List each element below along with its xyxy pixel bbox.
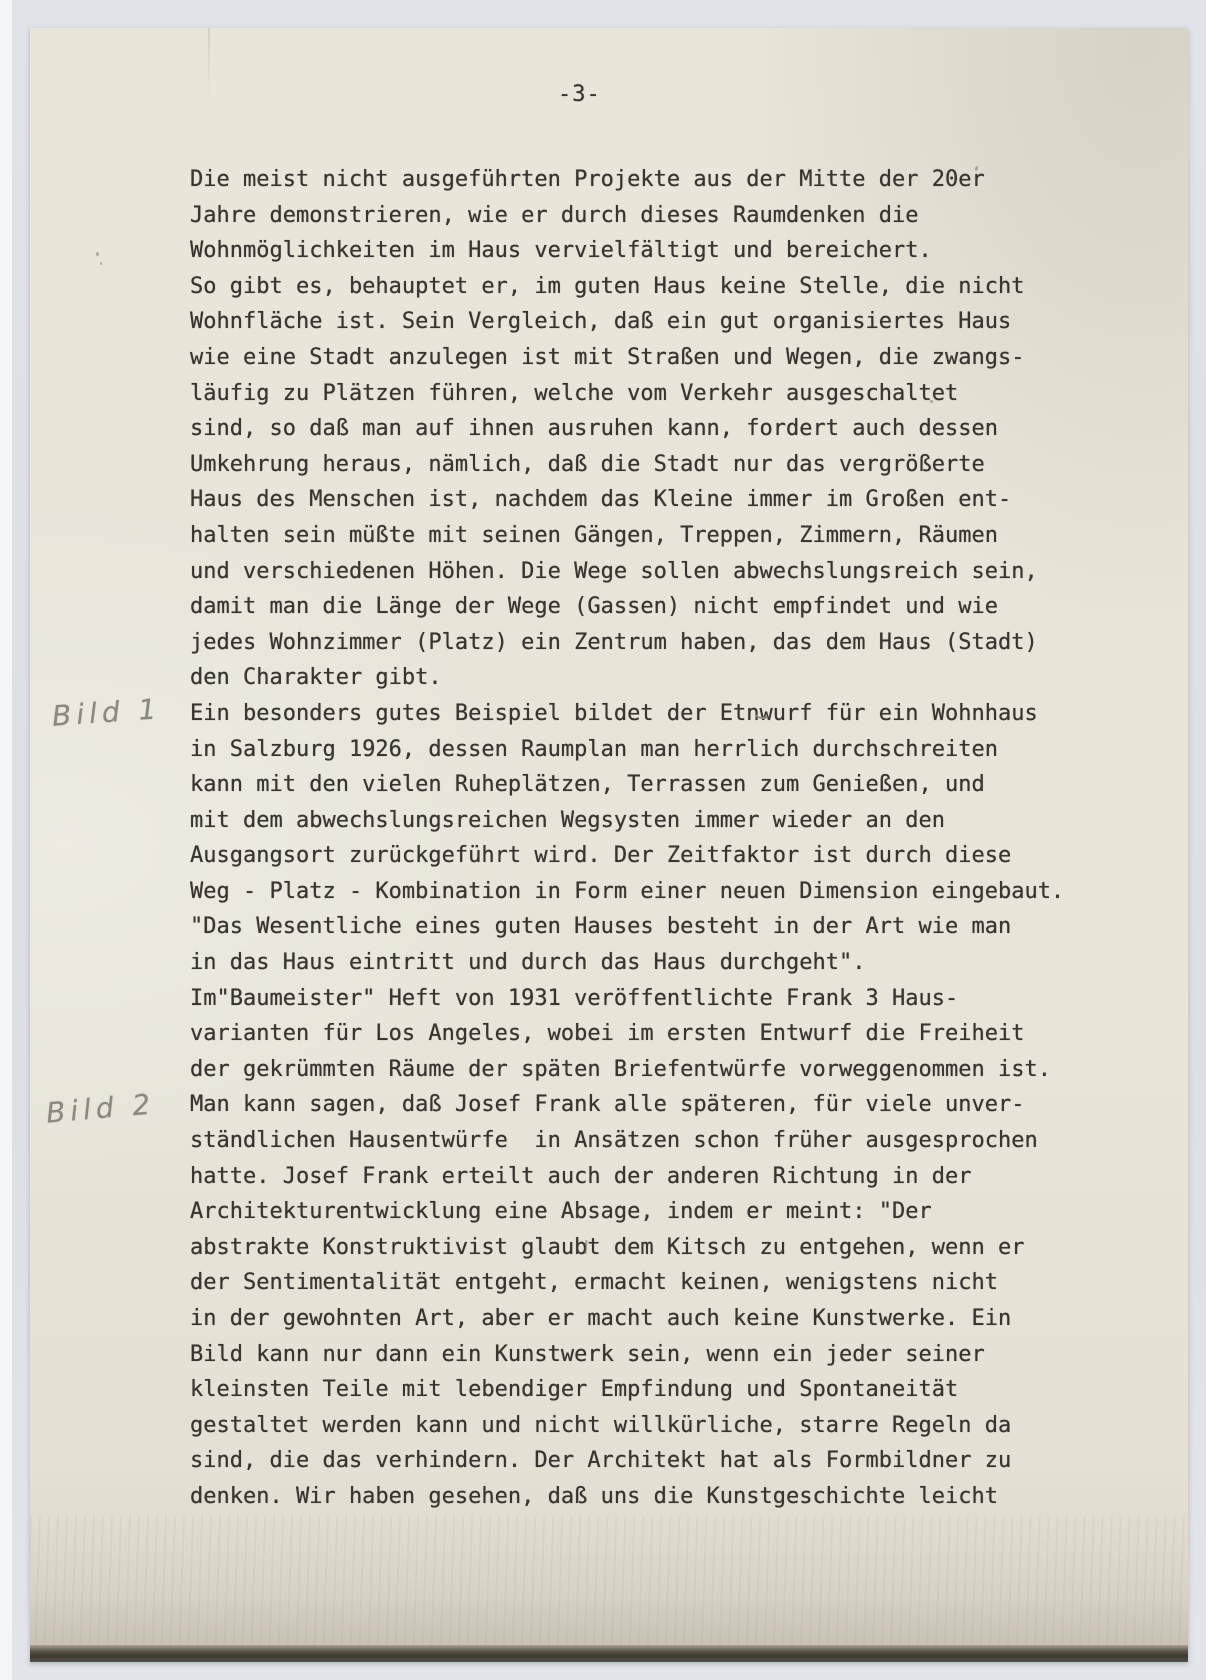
text-line: Umkehrung heraus, nämlich, daß die Stadt…	[190, 447, 1130, 483]
text-line: varianten für Los Angeles, wobei im erst…	[190, 1016, 1130, 1052]
text-line: ständlichen Hausentwürfe in Ansätzen sch…	[190, 1123, 1130, 1159]
text-line: Architekturentwicklung eine Absage, inde…	[190, 1194, 1130, 1230]
text-line: abstrakte Konstruktivist glaubt dem Kits…	[190, 1230, 1130, 1266]
text-line: in der gewohnten Art, aber er macht auch…	[190, 1301, 1130, 1337]
paper-crease	[208, 28, 210, 100]
text-line: hatte. Josef Frank erteilt auch der ande…	[190, 1159, 1130, 1195]
margin-note-bild-2: Bild 2	[45, 1087, 157, 1129]
margin-note-bild-1: Bild 1	[51, 692, 162, 733]
text-line: in Salzburg 1926, dessen Raumplan man he…	[190, 732, 1130, 768]
text-line: denken. Wir haben gesehen, daß uns die K…	[190, 1479, 1130, 1515]
text-line: den Charakter gibt.	[190, 660, 1130, 696]
paper-speck	[96, 252, 99, 256]
paper-speck	[100, 262, 102, 265]
text-line: mit dem abwechslungsreichen Wegsysten im…	[190, 803, 1130, 839]
text-line: der Sentimentalität entgeht, ermacht kei…	[190, 1265, 1130, 1301]
text-line: Die meist nicht ausgeführten Projekte au…	[190, 162, 1130, 198]
text-line: Weg - Platz - Kombination in Form einer …	[190, 874, 1130, 910]
text-line: kleinsten Teile mit lebendiger Empfindun…	[190, 1372, 1130, 1408]
paper-speck	[930, 400, 933, 403]
text-line: So gibt es, behauptet er, im guten Haus …	[190, 269, 1130, 305]
paper-bottom-edge	[30, 1645, 1188, 1662]
text-line: und verschiedenen Höhen. Die Wege sollen…	[190, 554, 1130, 590]
text-line: läufig zu Plätzen führen, welche vom Ver…	[190, 376, 1130, 412]
text-line: damit man die Länge der Wege (Gassen) ni…	[190, 589, 1130, 625]
text-line: Haus des Menschen ist, nachdem das Klein…	[190, 482, 1130, 518]
text-line: sind, so daß man auf ihnen ausruhen kann…	[190, 411, 1130, 447]
page-number: -3-	[558, 82, 601, 107]
text-line: Im"Baumeister" Heft von 1931 veröffentli…	[190, 981, 1130, 1017]
text-line: jedes Wohnzimmer (Platz) ein Zentrum hab…	[190, 625, 1130, 661]
paper-grain-texture	[30, 1515, 1188, 1645]
text-line: Bild kann nur dann ein Kunstwerk sein, w…	[190, 1337, 1130, 1373]
text-line: sind, die das verhindern. Der Architekt …	[190, 1443, 1130, 1479]
text-line: Wohnmöglichkeiten im Haus vervielfältigt…	[190, 233, 1130, 269]
scanned-document-page: -3- Bild 1 Bild 2 Die meist nicht ausgef…	[0, 0, 1206, 1680]
text-line: halten sein müßte mit seinen Gängen, Tre…	[190, 518, 1130, 554]
text-line: gestaltet werden kann und nicht willkürl…	[190, 1408, 1130, 1444]
scanner-edge-strip	[0, 0, 12, 1680]
text-line: Wohnfläche ist. Sein Vergleich, daß ein …	[190, 304, 1130, 340]
text-line: Ausgangsort zurückgeführt wird. Der Zeit…	[190, 838, 1130, 874]
text-line: Jahre demonstrieren, wie er durch dieses…	[190, 198, 1130, 234]
paper-sheet: -3- Bild 1 Bild 2 Die meist nicht ausgef…	[30, 28, 1188, 1662]
text-line: in das Haus eintritt und durch das Haus …	[190, 945, 1130, 981]
text-line: Ein besonders gutes Beispiel bildet der …	[190, 696, 1130, 732]
text-line: der gekrümmten Räume der späten Briefent…	[190, 1052, 1130, 1088]
text-line: Man kann sagen, daß Josef Frank alle spä…	[190, 1087, 1130, 1123]
typewritten-body-text: Die meist nicht ausgeführten Projekte au…	[190, 162, 1130, 1515]
text-line: wie eine Stadt anzulegen ist mit Straßen…	[190, 340, 1130, 376]
text-line: kann mit den vielen Ruheplätzen, Terrass…	[190, 767, 1130, 803]
text-line: "Das Wesentliche eines guten Hauses best…	[190, 909, 1130, 945]
